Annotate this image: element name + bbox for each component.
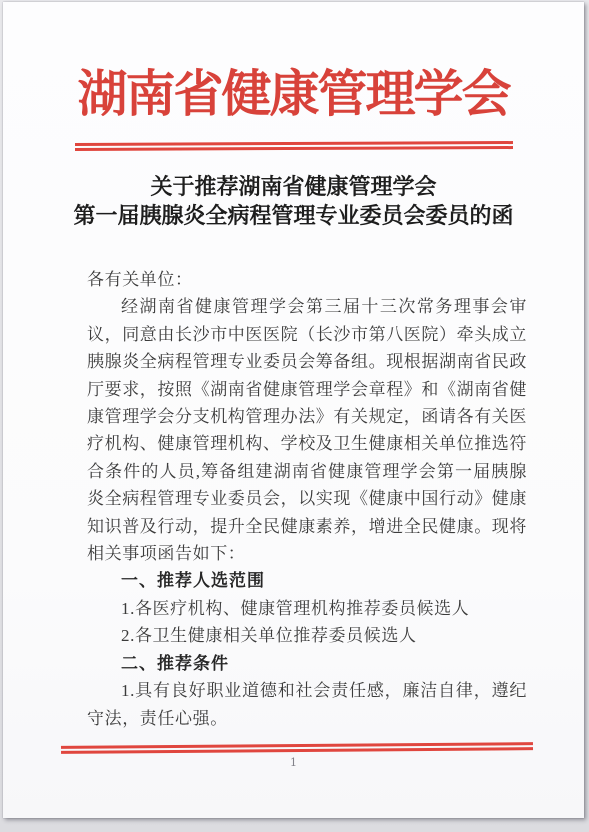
section1-item-1: 1.各医疗机构、健康管理机构推荐委员候选人: [87, 595, 527, 622]
section2-heading: 二、推荐条件: [87, 650, 527, 677]
section2-item-1: 1.具有良好职业道德和社会责任感，廉洁自律，遵纪守法，责任心强。: [87, 677, 527, 732]
scanned-document: 湖南省健康管理学会 关于推荐湖南省健康管理学会 第一届胰腺炎全病程管理专业委员会…: [0, 0, 589, 832]
footer-rule: [61, 742, 533, 754]
section1-heading: 一、推荐人选范围: [87, 567, 527, 594]
page-sheet: 湖南省健康管理学会 关于推荐湖南省健康管理学会 第一届胰腺炎全病程管理专业委员会…: [3, 2, 584, 818]
document-title-line2: 第一届胰腺炎全病程管理专业委员会委员的函: [3, 201, 584, 230]
page-number: 1: [3, 756, 584, 769]
letterhead-org-name: 湖南省健康管理学会: [3, 54, 584, 126]
opening-paragraph: 经湖南省健康管理学会第三届十三次常务理事会审议，同意由长沙市中医医院（长沙市第八…: [87, 293, 527, 567]
letterhead-rule: [75, 141, 513, 151]
salutation: 各有关单位：: [87, 266, 527, 293]
document-title-line1: 关于推荐湖南省健康管理学会: [3, 172, 584, 201]
document-title: 关于推荐湖南省健康管理学会 第一届胰腺炎全病程管理专业委员会委员的函: [3, 172, 584, 230]
section1-item-2: 2.各卫生健康相关单位推荐委员候选人: [87, 622, 527, 649]
document-body: 各有关单位： 经湖南省健康管理学会第三届十三次常务理事会审议，同意由长沙市中医医…: [87, 266, 527, 732]
